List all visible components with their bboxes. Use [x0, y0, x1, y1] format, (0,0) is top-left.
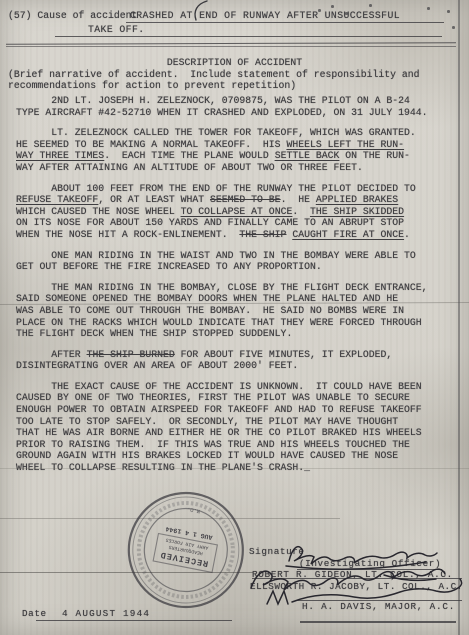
- narrative-line: ON ITS NOSE FOR ABOUT 150 YARDS AND FINA…: [16, 217, 428, 229]
- officer2-typed-name: ELLSWORTH R. JACOBY, LT. COL., A.C.: [250, 581, 463, 593]
- ink-speck: [447, 10, 450, 13]
- narrative-text: . HE: [281, 194, 316, 205]
- narrative-text: LT. ZELEZNOCK CALLED THE TOWER FOR TAKEO…: [16, 127, 416, 138]
- narrative-paragraph: ABOUT 100 FEET FROM THE END OF THE RUNWA…: [16, 183, 428, 241]
- page-edge-line: [458, 0, 460, 635]
- narrative-text: THAT HE WAS AIR BORNE AND EITHER HE OR T…: [16, 427, 422, 438]
- cause-field-value-line2: TAKE OFF.: [88, 24, 145, 36]
- officer1-underline: [252, 578, 462, 579]
- narrative-text: HE SEEMED TO BE MAKING A NORMAL TAKEOFF.…: [16, 139, 286, 150]
- narrative-line: WAY THREE TIMES. EACH TIME THE PLANE WOU…: [16, 150, 428, 162]
- accident-report-page: (57) Cause of accident CRASHED AT END OF…: [0, 0, 469, 635]
- narrative-emphasis: THE SHIP SKIDDED: [310, 206, 404, 217]
- officer3-typed-name: H. A. DAVIS, MAJOR, A.C.: [302, 601, 455, 613]
- narrative-text: ON THE RUN-: [339, 150, 410, 161]
- narrative-line: REFUSE TAKEOFF, OR AT LEAST WHAT SEEMED …: [16, 194, 428, 206]
- fold-line-2: [0, 468, 469, 469]
- signature-label: Signature: [249, 546, 305, 558]
- date-value: 4 AUGUST 1944: [62, 608, 150, 620]
- narrative-line: GET OUT BEFORE THE FIRE INCREASED TO ANY…: [16, 261, 428, 273]
- narrative-text: , OR AT LEAST WHAT: [98, 194, 210, 205]
- date-underline: [36, 620, 232, 621]
- narrative-text: DISINTEGRATING OVER AN AREA OF ABOUT 200…: [16, 360, 298, 371]
- narrative-emphasis: SETTLE BACK: [275, 150, 340, 161]
- narrative-paragraph: 2ND LT. JOSEPH H. ZELEZNOCK, 0709875, WA…: [16, 95, 428, 118]
- ink-speck: [452, 26, 455, 29]
- narrative-text: .: [404, 229, 410, 240]
- narrative-text: THE EXACT CAUSE OF THE ACCIDENT IS UNKNO…: [16, 381, 422, 392]
- narrative-text: WAY AFTER ATTAINING AN ALTITUDE OF ABOUT…: [16, 162, 363, 173]
- narrative-text: THE FLIGHT DECK WHEN THE SHIP STOPPED SU…: [16, 328, 292, 339]
- narrative-line: TYPE AIRCRAFT #42-52710 WHEN IT CRASHED …: [16, 107, 428, 119]
- blank-rule-top-a: [6, 42, 456, 45]
- narrative-line: THE MAN RIDING IN THE BOMBAY, CLOSE BY T…: [16, 282, 428, 294]
- narrative-paragraph: THE MAN RIDING IN THE BOMBAY, CLOSE BY T…: [16, 282, 428, 340]
- narrative-text: 2ND LT. JOSEPH H. ZELEZNOCK, 0709875, WA…: [16, 95, 410, 106]
- ink-speck: [318, 9, 321, 12]
- narrative-emphasis: SEEMED TO BE: [210, 194, 281, 205]
- narrative-text: ONE MAN RIDING IN THE WAIST AND TWO IN T…: [16, 250, 416, 261]
- narrative-text: WHEN THE NOSE HIT A ROCK-ENLINEMENT.: [16, 229, 239, 240]
- narrative-paragraph: THE EXACT CAUSE OF THE ACCIDENT IS UNKNO…: [16, 381, 428, 474]
- investigating-officer-caption: (Investigating Officer): [299, 558, 441, 570]
- narrative-line: GROUND AGAIN WITH HIS BRAKES LOCKED IT W…: [16, 450, 428, 462]
- narrative-line: WAY AFTER ATTAINING AN ALTITUDE OF ABOUT…: [16, 162, 428, 174]
- narrative-line: DISINTEGRATING OVER AN AREA OF ABOUT 200…: [16, 360, 428, 372]
- narrative-text: . EACH TIME THE PLANE WOULD: [104, 150, 275, 161]
- ink-speck: [369, 4, 372, 7]
- narrative-text: FOR ABOUT FIVE MINUTES, IT EXPLODED,: [175, 349, 393, 360]
- narrative-line: THE FLIGHT DECK WHEN THE SHIP STOPPED SU…: [16, 328, 428, 340]
- narrative-line: THE EXACT CAUSE OF THE ACCIDENT IS UNKNO…: [16, 381, 428, 393]
- narrative-line: ENOUGH POWER TO OBTAIN AIRSPEED FOR TAKE…: [16, 404, 428, 416]
- narrative-line: LT. ZELEZNOCK CALLED THE TOWER FOR TAKEO…: [16, 127, 428, 139]
- narrative-emphasis: REFUSE TAKEOFF: [16, 194, 98, 205]
- narrative-line: AFTER THE SHIP BURNED FOR ABOUT FIVE MIN…: [16, 349, 428, 361]
- narrative-emphasis: WHEELS LEFT THE RUN-: [286, 139, 404, 150]
- narrative-text: TYPE AIRCRAFT #42-52710 WHEN IT CRASHED …: [16, 107, 428, 118]
- narrative-paragraph: ONE MAN RIDING IN THE WAIST AND TWO IN T…: [16, 250, 428, 273]
- ink-speck: [345, 12, 348, 15]
- cause-underline-1: [126, 22, 444, 23]
- narrative-line: PLACE ON THE RACKS WHICH WOULD INDICATE …: [16, 317, 428, 329]
- narrative-text: GROUND AGAIN WITH HIS BRAKES LOCKED IT W…: [16, 450, 398, 461]
- narrative-line: THAT HE WAS AIR BORNE AND EITHER HE OR T…: [16, 427, 428, 439]
- narrative-line: TOO LATE TO STOP SAFELY. OR SECONDLY, TH…: [16, 416, 428, 428]
- narrative-emphasis: THE SHIP BURNED: [87, 349, 175, 360]
- section-title: DESCRIPTION OF ACCIDENT: [0, 57, 469, 69]
- narrative-line: WHEN THE NOSE HIT A ROCK-ENLINEMENT. THE…: [16, 229, 428, 241]
- narrative-line: HE SEEMED TO BE MAKING A NORMAL TAKEOFF.…: [16, 139, 428, 151]
- ink-speck: [427, 7, 430, 10]
- narrative-line: PRIOR TO RAISING THEM. IF THIS WAS TRUE …: [16, 439, 428, 451]
- narrative-text: CAUSED BY ONE OF TWO THEORIES, FIRST THE…: [16, 392, 410, 403]
- narrative-text: WHICH CAUSED THE NOSE WHEEL: [16, 206, 181, 217]
- narrative-emphasis: WAY THREE TIMES: [16, 150, 104, 161]
- narrative-text: ABOUT 100 FEET FROM THE END OF THE RUNWA…: [16, 183, 416, 194]
- narrative-text: ENOUGH POWER TO OBTAIN AIRSPEED FOR TAKE…: [16, 404, 422, 415]
- narrative-line: ONE MAN RIDING IN THE WAIST AND TWO IN T…: [16, 250, 428, 262]
- cause-field-value-line1: CRASHED AT END OF RUNWAY AFTER UNSUCCESS…: [130, 10, 400, 22]
- narrative-text: .: [292, 206, 310, 217]
- ink-speck: [331, 5, 334, 8]
- narrative-text: WAS ABLE TO COME OUT THROUGH THE BOMBAY.…: [16, 305, 404, 316]
- cause-underline-2: [55, 36, 442, 37]
- section-note-line2: recommendations for action to prevent re…: [8, 80, 296, 92]
- narrative-line: CAUSED BY ONE OF TWO THEORIES, FIRST THE…: [16, 392, 428, 404]
- narrative-text: AFTER: [16, 349, 87, 360]
- narrative-line: WHICH CAUSED THE NOSE WHEEL TO COLLAPSE …: [16, 206, 428, 218]
- date-label: Date: [22, 608, 47, 620]
- narrative-text: ON ITS NOSE FOR ABOUT 150 YARDS AND FINA…: [16, 217, 404, 228]
- narrative-text: PRIOR TO RAISING THEM. IF THIS WAS TRUE …: [16, 439, 410, 450]
- cause-field-label: (57) Cause of accident: [8, 10, 137, 22]
- narrative-emphasis: APPLIED BRAKES: [316, 194, 398, 205]
- narrative-text: TOO LATE TO STOP SAFELY. OR SECONDLY, TH…: [16, 416, 398, 427]
- narrative-emphasis: TO COLLAPSE AT ONCE: [181, 206, 293, 217]
- blank-rule-top-b: [6, 46, 456, 47]
- narrative-line: 2ND LT. JOSEPH H. ZELEZNOCK, 0709875, WA…: [16, 95, 428, 107]
- narrative-paragraph: AFTER THE SHIP BURNED FOR ABOUT FIVE MIN…: [16, 349, 428, 372]
- narrative-text: THE MAN RIDING IN THE BOMBAY, CLOSE BY T…: [16, 282, 428, 293]
- narrative-line: WAS ABLE TO COME OUT THROUGH THE BOMBAY.…: [16, 305, 428, 317]
- narrative-emphasis: CAUGHT FIRE AT ONCE: [292, 229, 404, 240]
- narrative-text: PLACE ON THE RACKS WHICH WOULD INDICATE …: [16, 317, 422, 328]
- davis-signature-initial: [267, 591, 288, 604]
- section-note-line1: (Brief narrative of accident. Include st…: [8, 69, 420, 81]
- narrative-emphasis: THE SHIP: [239, 229, 286, 240]
- narrative-text: GET OUT BEFORE THE FIRE INCREASED TO ANY…: [16, 261, 322, 272]
- stamp-corner-text: M.O.: [186, 506, 200, 515]
- narrative-line: ABOUT 100 FEET FROM THE END OF THE RUNWA…: [16, 183, 428, 195]
- received-stamp: RECEIVED HEADQUARTERS ARMY AIR FORCES AU…: [114, 481, 259, 622]
- narrative-paragraph: LT. ZELEZNOCK CALLED THE TOWER FOR TAKEO…: [16, 127, 428, 173]
- accident-narrative: 2ND LT. JOSEPH H. ZELEZNOCK, 0709875, WA…: [16, 95, 428, 483]
- bottom-right-rule: [300, 621, 456, 623]
